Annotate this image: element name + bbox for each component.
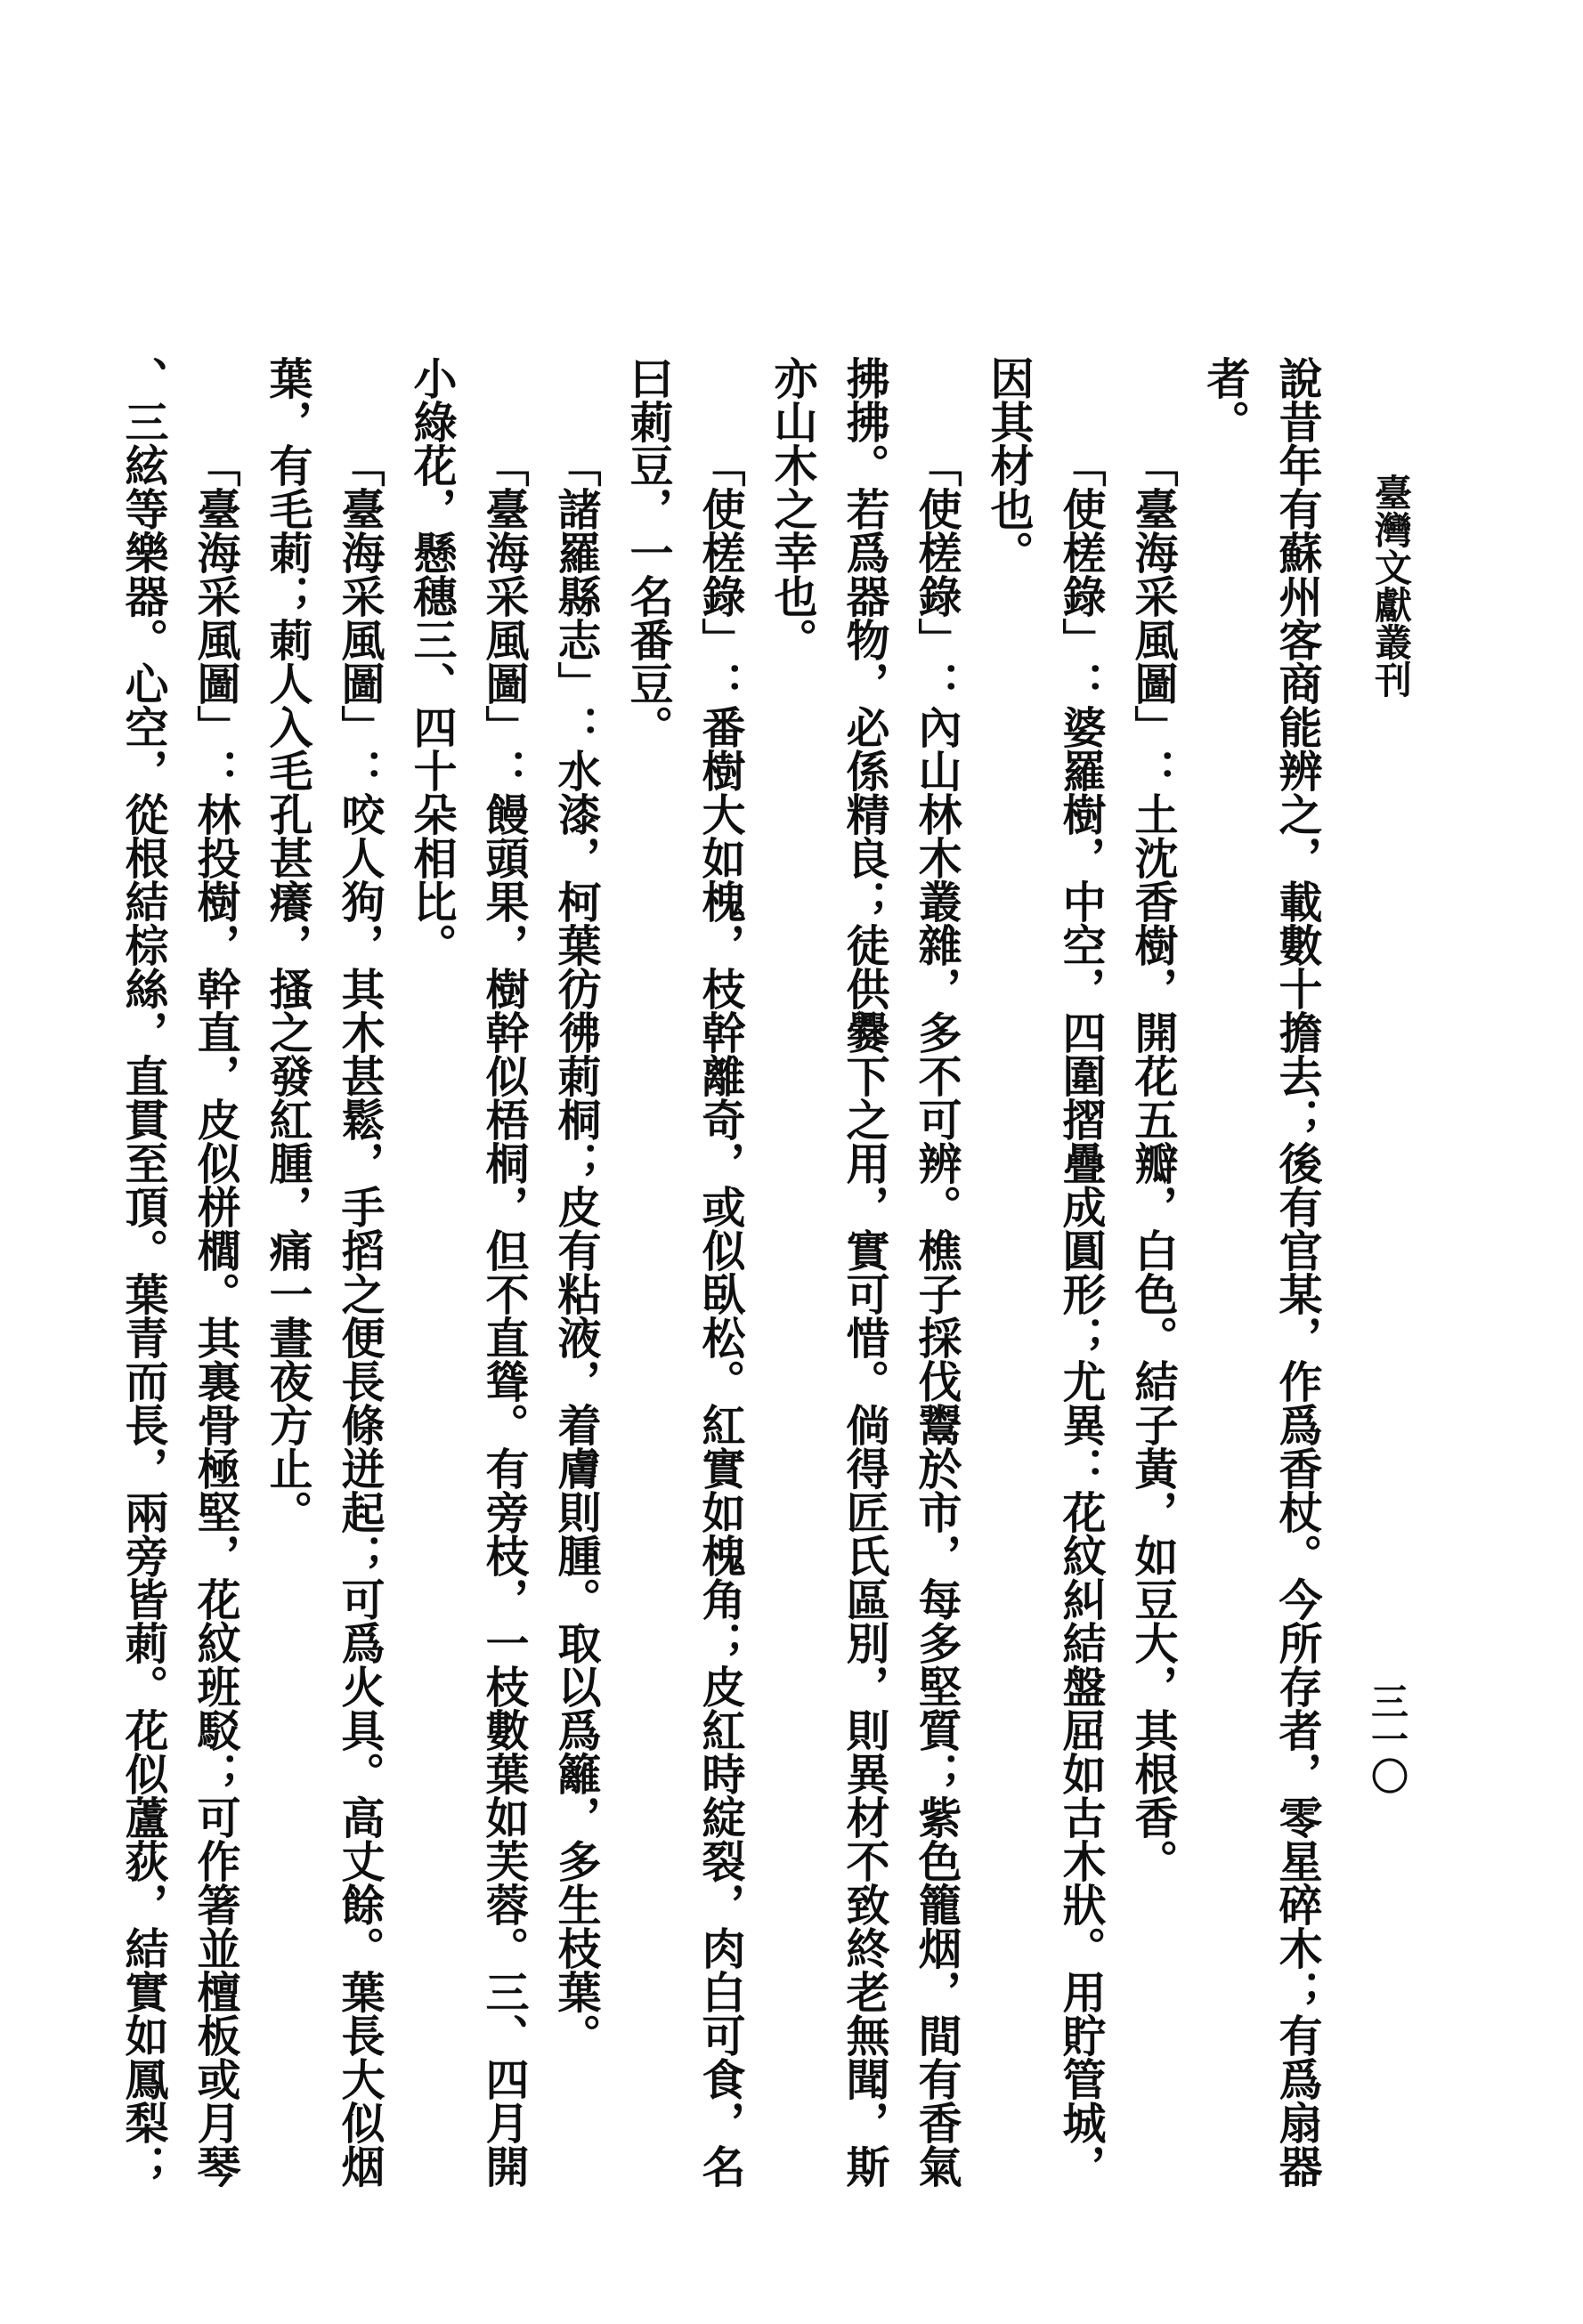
paragraph: 「使槎錄」：內山林木叢雜，多不可辨。樵子採伐鬻於市，每多堅質；紫色籠烟，間有香氣… xyxy=(757,356,973,2188)
paragraph: 「諸羅縣志」：水漆，柯葉彷彿莿桐；皮有粘液，着膚則腫。取以爲籬，多生枝葉。 xyxy=(540,356,613,2188)
running-header: 臺灣文獻叢刊 xyxy=(1368,474,1413,698)
paragraph: 「臺海采風圖」：林投樹，幹直，皮似栟櫚。其裏骨極堅，花紋班駁；可作箸並檀板或月琴… xyxy=(108,356,252,2188)
text-body: 說昔年有蘇州客商能辨之，載數十擔去；後有官某，作爲香杖。今所存者，零星碎木；有爲… xyxy=(108,356,1334,2188)
paragraph: 「臺海采風圖」：咬人狗，其木甚鬆，手搯之便長條迸起；可爲火具。高丈餘。葉長大似烟… xyxy=(252,356,396,2188)
scanned-page: 臺灣文獻叢刊 說昔年有蘇州客商能辨之，載數十擔去；後有官某，作爲香杖。今所存者，… xyxy=(0,0,1583,2324)
page-number: 三一〇 xyxy=(1365,1682,1409,1794)
paragraph: 說昔年有蘇州客商能辨之，載數十擔去；後有官某，作爲香杖。今所存者，零星碎木；有爲… xyxy=(1189,356,1334,2188)
paragraph: 「使槎錄」：婆羅樹，中空，四圍摺疊成圓形；尤異：花紋糾結盤屈如古木狀。用貯管城，… xyxy=(973,356,1117,2188)
paragraph: 「臺海采風圖」：饅頭果，樹幹似梧桐，但不直聳。有旁枝，一枝數葉如芙蓉。三、四月開… xyxy=(396,356,540,2188)
paragraph: 「使槎錄」：番樹大如槐，枝幹離奇，或似臥松。紅實如槐角；皮紅時綻裂，肉白可食，名… xyxy=(613,356,757,2188)
paragraph: 「臺海采風圖」：土沈香樹，開花五瓣，白色。結子黃，如豆大，其根香。 xyxy=(1117,356,1189,2188)
